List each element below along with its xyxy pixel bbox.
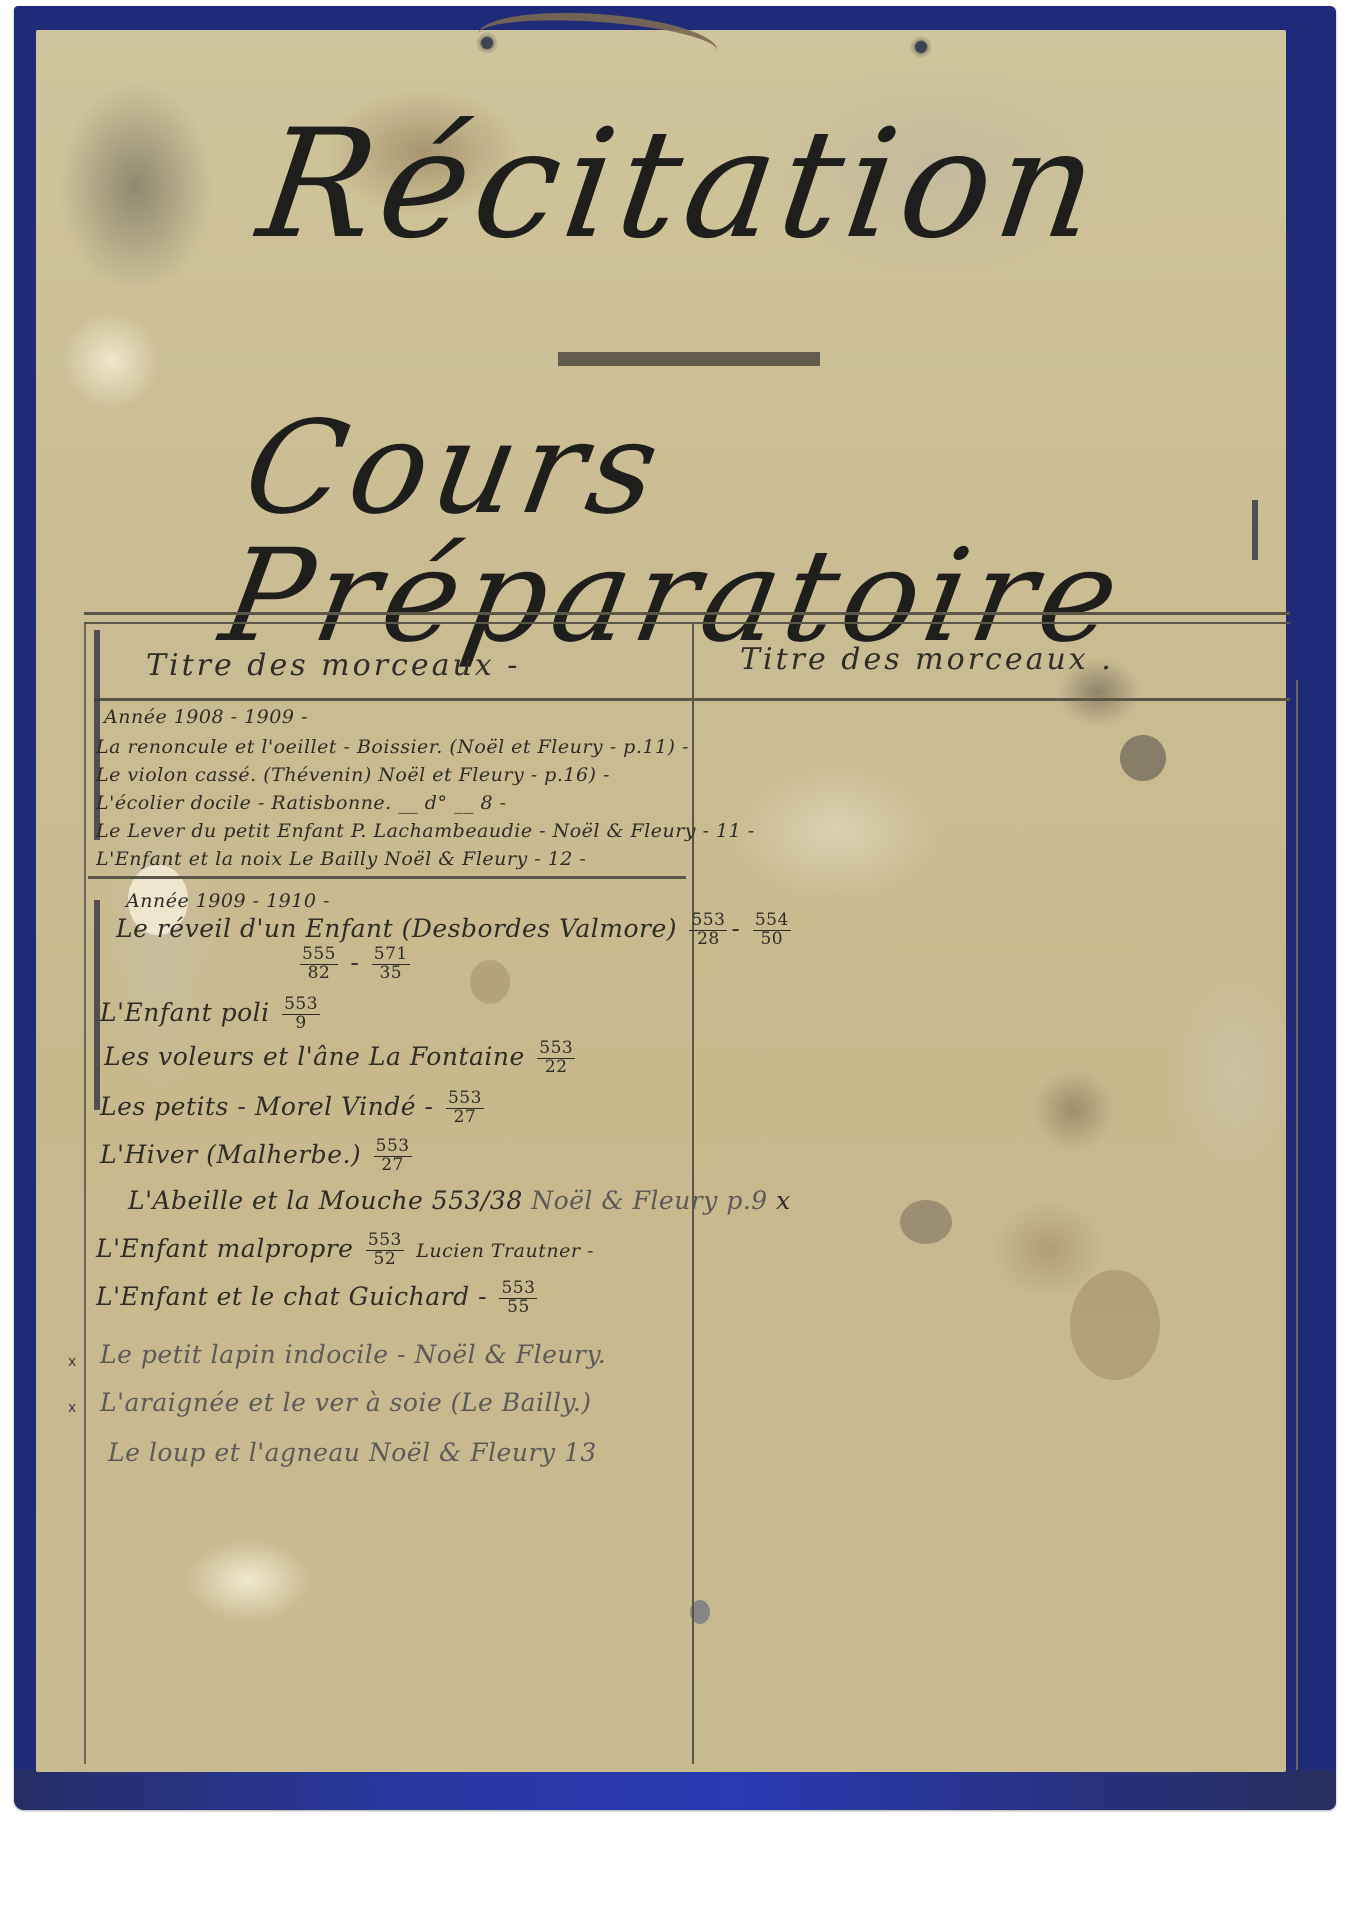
- entry-title: Le réveil d'un Enfant (Desbordes Valmore…: [116, 914, 677, 943]
- stain: [900, 1200, 952, 1244]
- check-mark: x: [776, 1186, 791, 1215]
- list-item: Le réveil d'un Enfant (Desbordes Valmore…: [116, 912, 795, 949]
- entry-title: L'Hiver (Malherbe.): [100, 1140, 361, 1169]
- entry-title: L'Enfant et le chat Guichard -: [96, 1282, 487, 1311]
- entry-title: L'Enfant malpropre: [96, 1234, 353, 1263]
- list-item: Les petits - Morel Vindé - 55327: [100, 1090, 488, 1127]
- list-item: L'écolier docile - Ratisbonne. __ d° __ …: [96, 792, 507, 814]
- year-heading: Année 1908 - 1909 -: [104, 706, 308, 728]
- right-margin-rule: [1296, 680, 1298, 1770]
- list-item: Le loup et l'agneau Noël & Fleury 13: [108, 1438, 597, 1467]
- entry-title: Les petits - Morel Vindé -: [100, 1092, 433, 1121]
- list-item: Les voleurs et l'âne La Fontaine 55322: [104, 1040, 579, 1077]
- list-item: 55582 - 57135: [296, 946, 414, 983]
- page-ref: 55355: [499, 1280, 537, 1317]
- table-top-rule-2: [84, 622, 1290, 624]
- page-ref: 55322: [537, 1040, 575, 1077]
- page-ref: 55352: [366, 1232, 404, 1269]
- list-item: La renoncule et l'oeillet - Boissier. (N…: [96, 736, 689, 758]
- title-recitation: Récitation: [251, 110, 1111, 260]
- entry-title: L'Abeille et la Mouche 553/38: [128, 1186, 523, 1215]
- year-heading: Année 1909 - 1910 -: [126, 890, 330, 912]
- right-column-header: Titre des morceaux .: [740, 642, 1114, 677]
- list-item: L'Enfant malpropre 55352 Lucien Trautner…: [96, 1232, 594, 1269]
- list-item: L'Enfant poli 5539: [100, 996, 324, 1033]
- margin-bar: [1252, 500, 1258, 560]
- list-item: L'Hiver (Malherbe.) 55327: [100, 1138, 416, 1175]
- grommet-right: [910, 36, 932, 58]
- page-ref: 5539: [282, 996, 320, 1033]
- page-ref: 55582: [300, 946, 338, 983]
- list-item: Le violon cassé. (Thévenin) Noël et Fleu…: [96, 764, 610, 786]
- list-item: Le Lever du petit Enfant P. Lachambeaudi…: [96, 820, 755, 842]
- stain: [1070, 1270, 1160, 1380]
- check-mark: x: [68, 1400, 76, 1416]
- author-note: Lucien Trautner -: [416, 1240, 594, 1262]
- left-margin-rule: [84, 624, 86, 1764]
- grommet-left: [476, 32, 498, 54]
- check-mark: x: [68, 1354, 76, 1370]
- entry-title: L'Enfant poli: [100, 998, 270, 1027]
- list-item: L'araignée et le ver à soie (Le Bailly.): [100, 1388, 592, 1417]
- list-item: Le petit lapin indocile - Noël & Fleury.: [100, 1340, 606, 1369]
- year-divider-rule: [88, 876, 686, 879]
- page-ref: 55327: [446, 1090, 484, 1127]
- list-item: L'Abeille et la Mouche 553/38 Noël & Fle…: [128, 1186, 791, 1215]
- stain: [470, 960, 510, 1004]
- list-item: L'Enfant et le chat Guichard - 55355: [96, 1280, 541, 1317]
- pencil-note: Noël & Fleury p.9: [531, 1186, 767, 1215]
- table-top-rule: [84, 612, 1290, 615]
- stain: [1120, 735, 1166, 781]
- page-ref: 55328: [689, 912, 727, 949]
- entry-title: Les voleurs et l'âne La Fontaine: [104, 1042, 525, 1071]
- page-ref: 55450: [753, 912, 791, 949]
- page-ref: 55327: [374, 1138, 412, 1175]
- left-column-header: Titre des morceaux -: [146, 648, 520, 683]
- list-item: L'Enfant et la noix Le Bailly Noël & Fle…: [96, 848, 586, 870]
- title-underline: [558, 352, 820, 366]
- page-ref: 57135: [372, 946, 410, 983]
